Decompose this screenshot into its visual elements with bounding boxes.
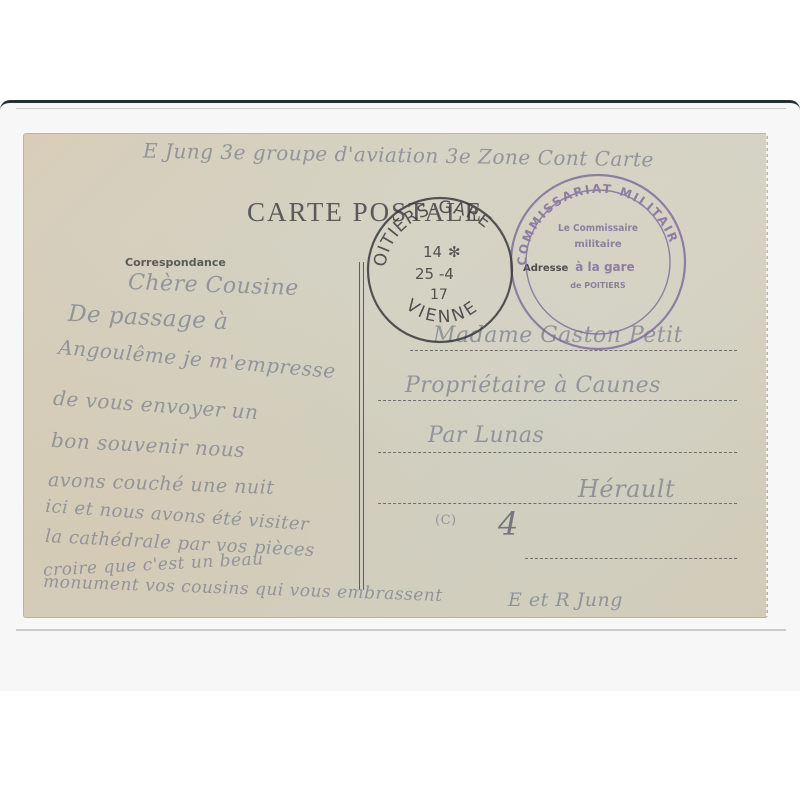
postmark-star-icon: ✻ <box>448 243 461 261</box>
poitiers-postmark: POITIERS-GARE VIENNE 14 ✻ 25 -4 17 <box>23 133 512 342</box>
postmark-hour: 14 <box>423 243 442 261</box>
military-stamp-line: de POITIERS <box>570 281 626 290</box>
postcard-back: E Jung 3e groupe d'aviation 3e Zone Cont… <box>23 133 768 618</box>
military-stamp-line: Le Commissaire <box>558 223 638 234</box>
postmark-year: 17 <box>430 287 448 303</box>
military-stamp: COMMISSARIAT MILITAIRE Le Commissaire mi… <box>23 133 685 349</box>
military-stamp-line: à la gare <box>575 260 634 274</box>
military-stamp-line: militaire <box>574 239 622 250</box>
stamps-layer: COMMISSARIAT MILITAIRE Le Commissaire mi… <box>23 133 768 618</box>
postmark-date: 25 -4 <box>415 265 454 283</box>
